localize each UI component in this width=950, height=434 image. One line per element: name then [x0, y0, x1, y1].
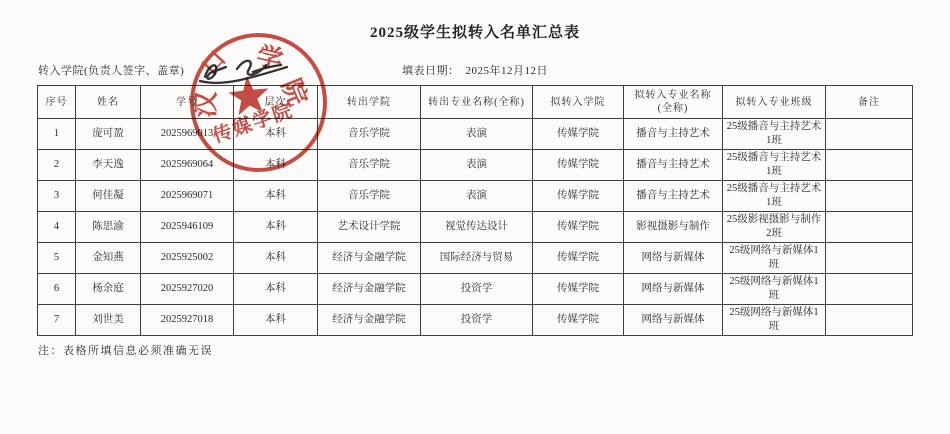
transfer-college-label: 转入学院(负责人签字、盖章) [38, 62, 184, 78]
column-header: 姓名 [76, 86, 141, 119]
table-cell: 杨余庭 [76, 274, 141, 305]
table-cell: 1 [38, 119, 76, 150]
table-cell: 本科 [234, 212, 318, 243]
table-cell: 7 [38, 305, 76, 336]
table-cell: 投资学 [421, 274, 533, 305]
table-cell: 5 [38, 243, 76, 274]
table-cell: 视觉传达设计 [421, 212, 533, 243]
table-cell: 传媒学院 [533, 181, 624, 212]
column-header: 学号 [141, 86, 234, 119]
table-cell: 表演 [421, 150, 533, 181]
table-cell: 25级播音与主持艺术1班 [723, 181, 826, 212]
table-cell: 2025925002 [141, 243, 234, 274]
table-cell: 庞可盈 [76, 119, 141, 150]
table-cell: 表演 [421, 119, 533, 150]
table-cell: 传媒学院 [533, 305, 624, 336]
table-cell: 本科 [234, 150, 318, 181]
table-cell: 传媒学院 [533, 274, 624, 305]
table-row: 1庞可盈2025969013本科音乐学院表演传媒学院播音与主持艺术25级播音与主… [38, 119, 913, 150]
page-title: 2025级学生拟转入名单汇总表 [0, 21, 950, 42]
column-header: 拟转入专业班级 [723, 86, 826, 119]
table-row: 6杨余庭2025927020本科经济与金融学院投资学传媒学院网络与新媒体25级网… [38, 274, 913, 305]
table-cell: 传媒学院 [533, 119, 624, 150]
table-cell: 传媒学院 [533, 243, 624, 274]
table-cell: 李天逸 [76, 150, 141, 181]
table-cell: 陈思渝 [76, 212, 141, 243]
table-cell: 25级网络与新媒体1班 [723, 274, 826, 305]
table-cell: 网络与新媒体 [624, 243, 723, 274]
table-cell [826, 274, 913, 305]
table-cell: 3 [38, 181, 76, 212]
table-row: 7刘世美2025927018本科经济与金融学院投资学传媒学院网络与新媒体25级网… [38, 305, 913, 336]
table-cell: 2025969064 [141, 150, 234, 181]
table-cell [826, 305, 913, 336]
table-cell: 传媒学院 [533, 150, 624, 181]
table-cell: 2025969013 [141, 119, 234, 150]
seal-outer-text-char: 口 [193, 42, 233, 81]
table-cell: 金知燕 [76, 243, 141, 274]
table-row: 5金知燕2025925002本科经济与金融学院国际经济与贸易传媒学院网络与新媒体… [38, 243, 913, 274]
table-cell: 本科 [234, 181, 318, 212]
table-cell: 2025969071 [141, 181, 234, 212]
table-cell: 25级网络与新媒体1班 [723, 305, 826, 336]
column-header: 转出学院 [318, 86, 421, 119]
fill-date: 填表日期：2025年12月12日 [402, 62, 548, 78]
header-row: 序号姓名学号层次转出学院转出专业名称(全称)拟转入学院拟转入专业名称(全称)拟转… [38, 86, 913, 119]
table-cell: 本科 [234, 243, 318, 274]
column-header: 层次 [234, 86, 318, 119]
table-cell: 影视摄影与制作 [624, 212, 723, 243]
table-cell: 经济与金融学院 [318, 274, 421, 305]
table-row: 4陈思渝2025946109本科艺术设计学院视觉传达设计传媒学院影视摄影与制作2… [38, 212, 913, 243]
table-row: 2李天逸2025969064本科音乐学院表演传媒学院播音与主持艺术25级播音与主… [38, 150, 913, 181]
table-cell: 网络与新媒体 [624, 305, 723, 336]
document-page: 2025级学生拟转入名单汇总表 转入学院(负责人签字、盖章) 填表日期：2025… [0, 0, 950, 434]
table-cell [826, 119, 913, 150]
footnote: 注：表格所填信息必须准确无误 [38, 342, 213, 358]
table-cell: 经济与金融学院 [318, 243, 421, 274]
table-cell: 2025946109 [141, 212, 234, 243]
table-cell: 传媒学院 [533, 212, 624, 243]
table-cell: 国际经济与贸易 [421, 243, 533, 274]
column-header: 转出专业名称(全称) [421, 86, 533, 119]
table-cell: 何佳凝 [76, 181, 141, 212]
table-cell: 4 [38, 212, 76, 243]
table-cell: 6 [38, 274, 76, 305]
table-cell: 艺术设计学院 [318, 212, 421, 243]
table-cell: 25级播音与主持艺术1班 [723, 150, 826, 181]
transfer-table: 序号姓名学号层次转出学院转出专业名称(全称)拟转入学院拟转入专业名称(全称)拟转… [37, 85, 913, 336]
table-cell: 音乐学院 [318, 150, 421, 181]
column-header: 拟转入专业名称(全称) [624, 86, 723, 119]
table-cell: 网络与新媒体 [624, 274, 723, 305]
table-cell: 本科 [234, 274, 318, 305]
table-cell [826, 212, 913, 243]
column-header: 备注 [826, 86, 913, 119]
table-row: 3何佳凝2025969071本科音乐学院表演传媒学院播音与主持艺术25级播音与主… [38, 181, 913, 212]
table-cell: 2025927018 [141, 305, 234, 336]
table-cell: 刘世美 [76, 305, 141, 336]
table-cell: 音乐学院 [318, 119, 421, 150]
table-cell: 投资学 [421, 305, 533, 336]
fill-date-label: 填表日期： [402, 65, 460, 77]
table-cell: 25级播音与主持艺术1班 [723, 119, 826, 150]
column-header: 拟转入学院 [533, 86, 624, 119]
table-body: 1庞可盈2025969013本科音乐学院表演传媒学院播音与主持艺术25级播音与主… [38, 119, 913, 336]
table-cell: 25级网络与新媒体1班 [723, 243, 826, 274]
column-header: 序号 [38, 86, 76, 119]
table-cell: 2025927020 [141, 274, 234, 305]
table-cell: 播音与主持艺术 [624, 150, 723, 181]
table-cell: 25级影视摄影与制作2班 [723, 212, 826, 243]
table-cell: 本科 [234, 119, 318, 150]
table-cell [826, 150, 913, 181]
table-cell [826, 243, 913, 274]
table-cell: 播音与主持艺术 [624, 181, 723, 212]
table-cell: 播音与主持艺术 [624, 119, 723, 150]
table-cell: 音乐学院 [318, 181, 421, 212]
fill-date-value: 2025年12月12日 [466, 65, 549, 77]
table-cell: 经济与金融学院 [318, 305, 421, 336]
table-cell: 2 [38, 150, 76, 181]
table-cell: 本科 [234, 305, 318, 336]
signature-scribble [193, 48, 297, 90]
table-cell [826, 181, 913, 212]
table-cell: 表演 [421, 181, 533, 212]
